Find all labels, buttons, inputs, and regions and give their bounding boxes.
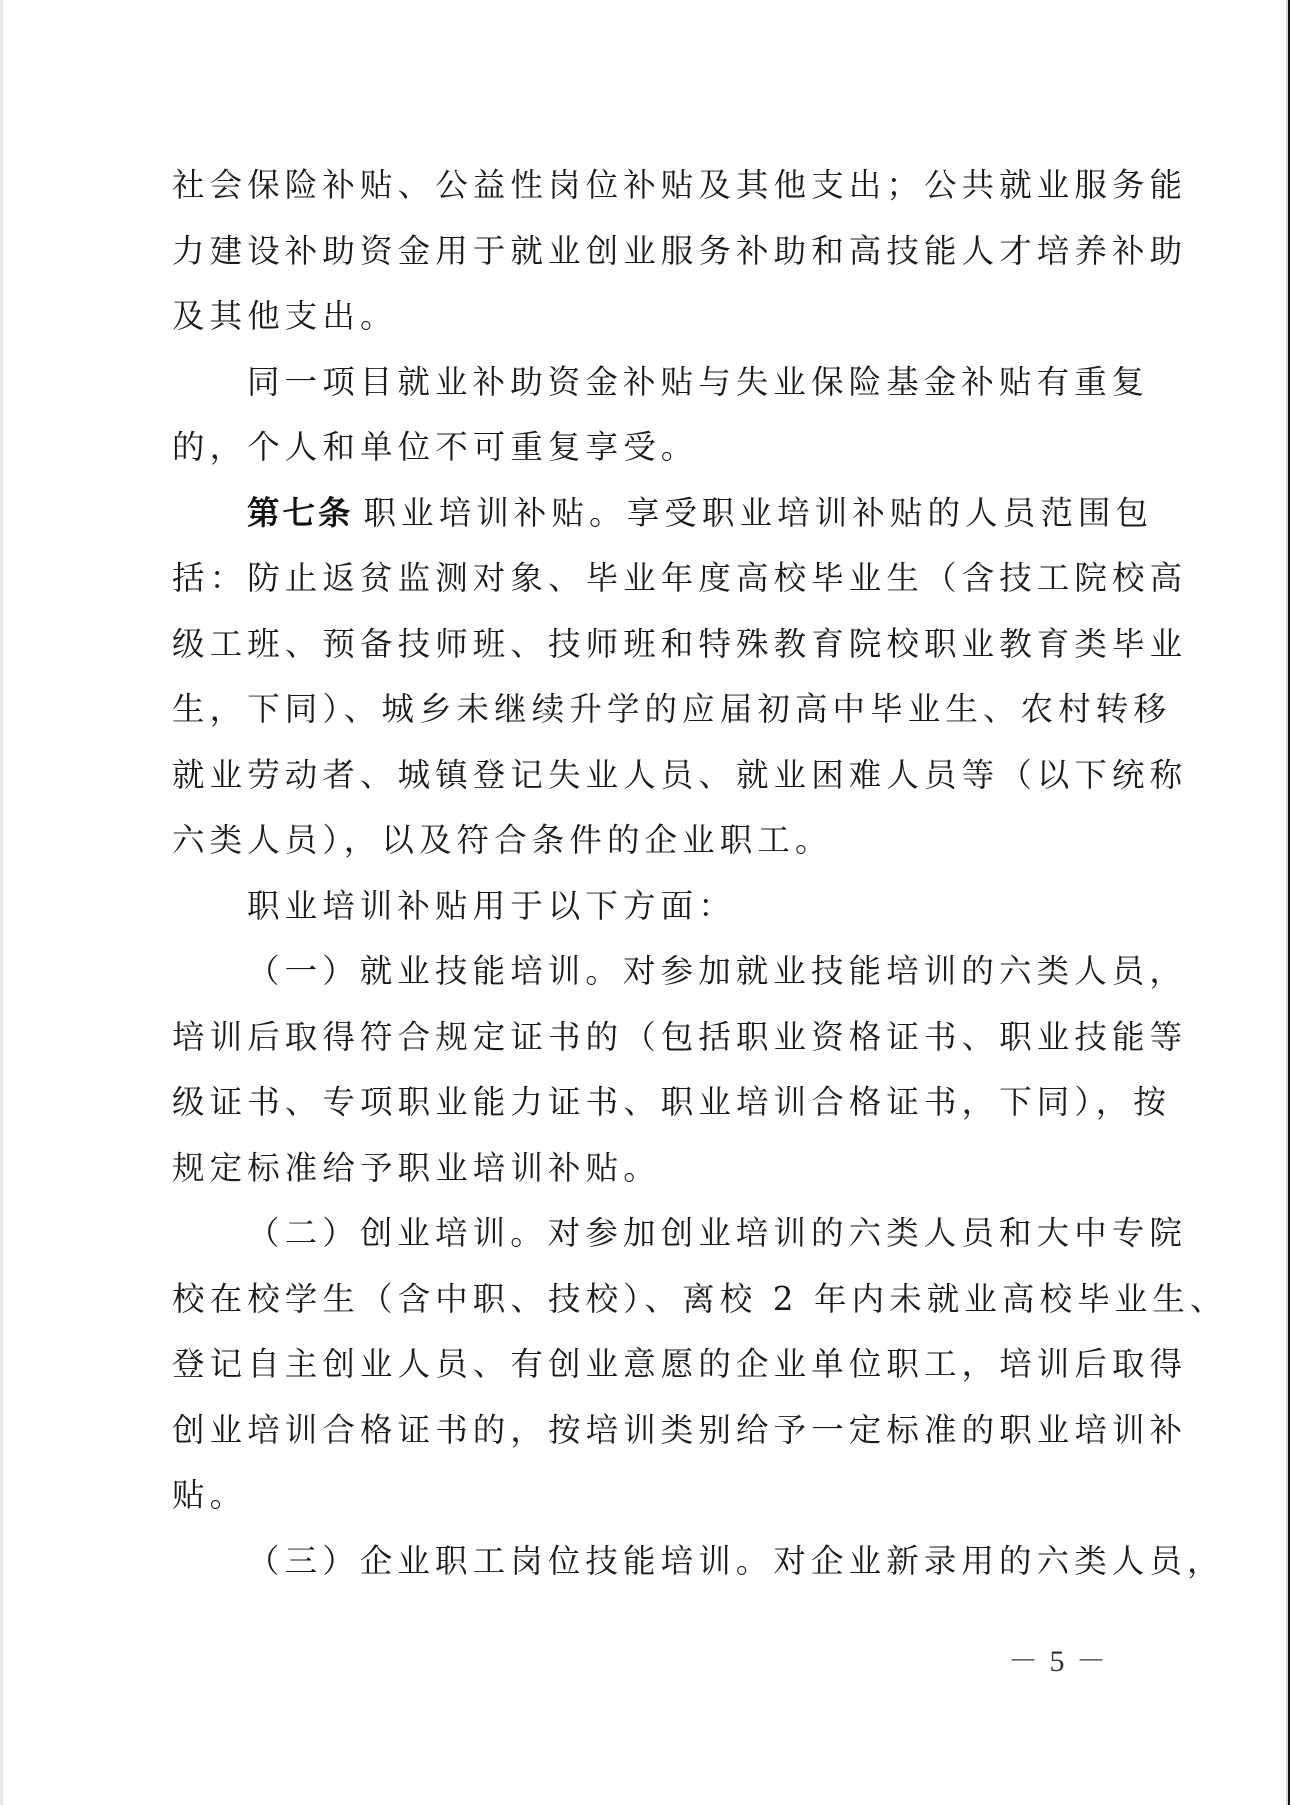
line-text: （二）创业培训。对参加创业培训的六类人员和大中专院 xyxy=(247,1214,1187,1252)
list-item-2-start: （二）创业培训。对参加创业培训的六类人员和大中专院 xyxy=(172,1208,1117,1274)
line-text: 职业培训补贴。享受职业培训补贴的人员范围包 xyxy=(364,494,1154,532)
text-line-16: 规定标准给予职业培训补贴。 xyxy=(172,1143,1117,1209)
text-line-3: 及其他支出。 xyxy=(172,291,1117,357)
document-body: 社会保险补贴、公益性岗位补贴及其他支出；公共就业服务能 力建设补助资金用于就业创… xyxy=(172,160,1117,1601)
line-text: 就业劳动者、城镇登记失业人员、就业困难人员等（以下统称 xyxy=(172,756,1187,794)
line-text: 培训后取得符合规定证书的（包括职业资格证书、职业技能等 xyxy=(172,1018,1187,1056)
text-line-19: 登记自主创业人员、有创业意愿的企业单位职工，培训后取得 xyxy=(172,1339,1117,1405)
text-line-14: 培训后取得符合规定证书的（包括职业资格证书、职业技能等 xyxy=(172,1012,1117,1078)
list-item-3-start: （三）企业职工岗位技能培训。对企业新录用的六类人员， xyxy=(172,1536,1117,1602)
line-text: 生，下同）、城乡未继续升学的应届初高中毕业生、农村转移 xyxy=(172,690,1171,728)
text-line-11: 六类人员），以及符合条件的企业职工。 xyxy=(172,815,1117,881)
line-text: 贴。 xyxy=(172,1476,247,1514)
line-text: 校在校学生（含中职、技校）、离校 2 年内未就业高校毕业生、 xyxy=(172,1280,1228,1318)
text-line-9: 生，下同）、城乡未继续升学的应届初高中毕业生、农村转移 xyxy=(172,684,1117,750)
line-text: 创业培训合格证书的，按培训类别给予一定标准的职业培训补 xyxy=(172,1411,1187,1449)
text-line-20: 创业培训合格证书的，按培训类别给予一定标准的职业培训补 xyxy=(172,1405,1117,1471)
article-heading-line: 第七条职业培训补贴。享受职业培训补贴的人员范围包 xyxy=(172,488,1117,554)
list-item-1-start: （一）就业技能培训。对参加就业技能培训的六类人员， xyxy=(172,946,1117,1012)
line-text: 规定标准给予职业培训补贴。 xyxy=(172,1149,661,1187)
text-line-10: 就业劳动者、城镇登记失业人员、就业困难人员等（以下统称 xyxy=(172,750,1117,816)
line-text: （三）企业职工岗位技能培训。对企业新录用的六类人员， xyxy=(247,1542,1225,1580)
line-text: 登记自主创业人员、有创业意愿的企业单位职工，培训后取得 xyxy=(172,1345,1187,1383)
paragraph-start-line-4: 同一项目就业补助资金补贴与失业保险基金补贴有重复 xyxy=(172,357,1117,423)
text-line-1: 社会保险补贴、公益性岗位补贴及其他支出；公共就业服务能 xyxy=(172,160,1117,226)
line-text: 职业培训补贴用于以下方面： xyxy=(247,887,736,925)
line-text: 力建设补助资金用于就业创业服务补助和高技能人才培养补助 xyxy=(172,232,1187,270)
paragraph-start-line-12: 职业培训补贴用于以下方面： xyxy=(172,881,1117,947)
text-line-2: 力建设补助资金用于就业创业服务补助和高技能人才培养补助 xyxy=(172,226,1117,292)
text-line-18: 校在校学生（含中职、技校）、离校 2 年内未就业高校毕业生、 xyxy=(172,1274,1117,1340)
line-text: 级证书、专项职业能力证书、职业培训合格证书，下同），按 xyxy=(172,1083,1171,1121)
line-text: 同一项目就业补助资金补贴与失业保险基金补贴有重复 xyxy=(247,363,1149,401)
text-line-21: 贴。 xyxy=(172,1470,1117,1536)
text-line-15: 级证书、专项职业能力证书、职业培训合格证书，下同），按 xyxy=(172,1077,1117,1143)
page-number: － 5 － xyxy=(1008,1636,1108,1680)
page-left-edge xyxy=(0,0,3,1805)
line-text: 社会保险补贴、公益性岗位补贴及其他支出；公共就业服务能 xyxy=(172,166,1187,204)
text-line-8: 级工班、预备技师班、技师班和特殊教育院校职业教育类毕业 xyxy=(172,619,1117,685)
line-text: 六类人员），以及符合条件的企业职工。 xyxy=(172,821,833,859)
line-text: 及其他支出。 xyxy=(172,297,398,335)
line-text: （一）就业技能培训。对参加就业技能培训的六类人员， xyxy=(247,952,1187,990)
line-text: 级工班、预备技师班、技师班和特殊教育院校职业教育类毕业 xyxy=(172,625,1187,663)
article-number: 第七条 xyxy=(247,494,354,532)
line-text: 的，个人和单位不可重复享受。 xyxy=(172,428,698,466)
line-text: 括：防止返贫监测对象、毕业年度高校毕业生（含技工院校高 xyxy=(172,559,1187,597)
text-line-5: 的，个人和单位不可重复享受。 xyxy=(172,422,1117,488)
text-line-7: 括：防止返贫监测对象、毕业年度高校毕业生（含技工院校高 xyxy=(172,553,1117,619)
